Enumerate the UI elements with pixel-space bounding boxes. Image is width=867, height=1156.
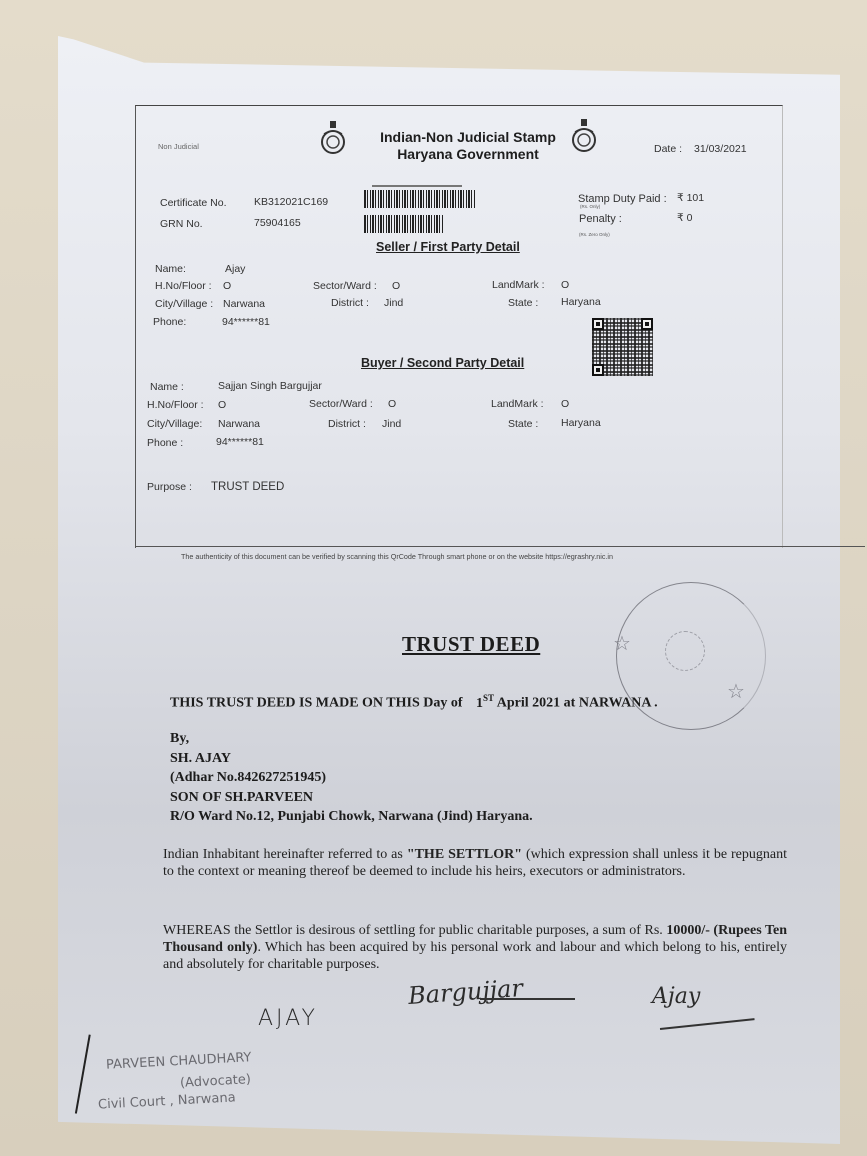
buyer-phone-label: Phone : bbox=[147, 437, 183, 449]
state-emblem-icon bbox=[320, 120, 346, 156]
deed-intro-day: 1 bbox=[476, 696, 483, 711]
seller-sector-label: Sector/Ward : bbox=[313, 280, 377, 292]
seller-landmark: O bbox=[561, 279, 569, 291]
para1-settlor-term: "THE SETTLOR" bbox=[407, 847, 522, 862]
settlor-parent: SON OF SH.PARVEEN bbox=[170, 788, 533, 808]
stamp-title-line2: Haryana Government bbox=[368, 146, 568, 163]
buyer-state: Haryana bbox=[561, 417, 601, 429]
certificate-value: KB312021C169 bbox=[254, 196, 328, 208]
deed-intro-day-suffix: ST bbox=[483, 693, 494, 703]
buyer-city: Narwana bbox=[218, 418, 260, 430]
verification-qr-code[interactable] bbox=[592, 318, 653, 376]
seller-sector: O bbox=[392, 280, 400, 292]
buyer-phone: 94******81 bbox=[216, 436, 264, 448]
settlor-handwritten-name: AJAY bbox=[258, 1006, 318, 1031]
non-judicial-label: Non Judicial bbox=[158, 142, 199, 151]
buyer-city-label: City/Village: bbox=[147, 418, 202, 430]
penalty-words: (Rs. Zero Only) bbox=[579, 232, 610, 237]
stamp-duty-words: (Rs. Only) bbox=[580, 204, 600, 209]
third-signature: Ajay bbox=[652, 984, 700, 1009]
verification-note: The authenticity of this document can be… bbox=[181, 552, 613, 561]
buyer-name-label: Name : bbox=[150, 381, 184, 393]
settlor-paragraph: Indian Inhabitant hereinafter referred t… bbox=[163, 846, 787, 880]
buyer-district: Jind bbox=[382, 418, 401, 430]
certificate-barcode bbox=[364, 190, 476, 208]
buyer-hno-label: H.No/Floor : bbox=[147, 399, 204, 411]
deed-title: TRUST DEED bbox=[402, 632, 540, 657]
stamp-divider bbox=[135, 546, 865, 547]
seller-name-label: Name: bbox=[155, 263, 186, 275]
buyer-name: Sajjan Singh Bargujjar bbox=[218, 380, 322, 392]
stamp-title-line1: Indian-Non Judicial Stamp bbox=[368, 129, 568, 146]
grn-label: GRN No. bbox=[160, 218, 203, 230]
seller-city-label: City/Village : bbox=[155, 298, 213, 310]
whereas-paragraph: WHEREAS the Settlor is desirous of settl… bbox=[163, 922, 787, 973]
seller-phone: 94******81 bbox=[222, 316, 270, 328]
date-label: Date : bbox=[654, 143, 682, 155]
deed-intro-rest: April 2021 at NARWANA . bbox=[497, 696, 658, 711]
seller-name: Ajay bbox=[225, 263, 245, 275]
buyer-sector: O bbox=[388, 398, 396, 410]
settlor-name: SH. AJAY bbox=[170, 749, 533, 769]
buyer-hno: O bbox=[218, 399, 226, 411]
para2-text-a: WHEREAS the Settlor is desirous of settl… bbox=[163, 923, 666, 938]
seller-district: Jind bbox=[384, 297, 403, 309]
seller-state-label: State : bbox=[508, 297, 538, 309]
seller-landmark-label: LandMark : bbox=[492, 279, 545, 291]
grn-value: 75904165 bbox=[254, 217, 301, 229]
certificate-label: Certificate No. bbox=[160, 197, 227, 209]
buyer-landmark-label: LandMark : bbox=[491, 398, 544, 410]
buyer-landmark: O bbox=[561, 398, 569, 410]
buyer-district-label: District : bbox=[328, 418, 366, 430]
settlor-by: By, bbox=[170, 729, 533, 749]
purpose-value: TRUST DEED bbox=[211, 481, 284, 493]
buyer-state-label: State : bbox=[508, 418, 538, 430]
buyer-heading: Buyer / Second Party Detail bbox=[361, 356, 524, 370]
seller-hno-label: H.No/Floor : bbox=[155, 280, 212, 292]
date-value: 31/03/2021 bbox=[694, 143, 747, 155]
settlor-address: R/O Ward No.12, Punjabi Chowk, Narwana (… bbox=[170, 807, 533, 827]
deed-intro-prefix: THIS TRUST DEED IS MADE ON THIS Day of bbox=[170, 696, 463, 711]
seller-state: Haryana bbox=[561, 296, 601, 308]
star-icon: ☆ bbox=[727, 679, 745, 704]
stamp-duty-value: ₹ 101 bbox=[677, 192, 704, 204]
para1-text-a: Indian Inhabitant hereinafter referred t… bbox=[163, 847, 407, 862]
seller-hno: O bbox=[223, 280, 231, 292]
star-icon: ☆ bbox=[613, 631, 631, 656]
seller-heading: Seller / First Party Detail bbox=[376, 240, 520, 254]
signature-stroke bbox=[480, 998, 575, 1000]
seller-city: Narwana bbox=[223, 298, 265, 310]
barcode-caption bbox=[372, 185, 462, 187]
stamp-title: Indian-Non Judicial Stamp Haryana Govern… bbox=[368, 129, 568, 163]
state-emblem-icon bbox=[571, 118, 597, 154]
penalty-label: Penalty : bbox=[579, 213, 622, 225]
deed-intro: THIS TRUST DEED IS MADE ON THIS Day of 1… bbox=[170, 693, 658, 712]
seller-phone-label: Phone: bbox=[153, 316, 186, 328]
purpose-label: Purpose : bbox=[147, 481, 192, 493]
grn-barcode bbox=[364, 215, 444, 233]
seller-district-label: District : bbox=[331, 297, 369, 309]
buyer-sector-label: Sector/Ward : bbox=[309, 398, 373, 410]
settlor-block: By, SH. AJAY (Adhar No.842627251945) SON… bbox=[170, 729, 533, 827]
para2-text-c: . Which has been acquired by his persona… bbox=[163, 940, 787, 972]
penalty-value: ₹ 0 bbox=[677, 212, 692, 224]
settlor-aadhaar: (Adhar No.842627251945) bbox=[170, 768, 533, 788]
